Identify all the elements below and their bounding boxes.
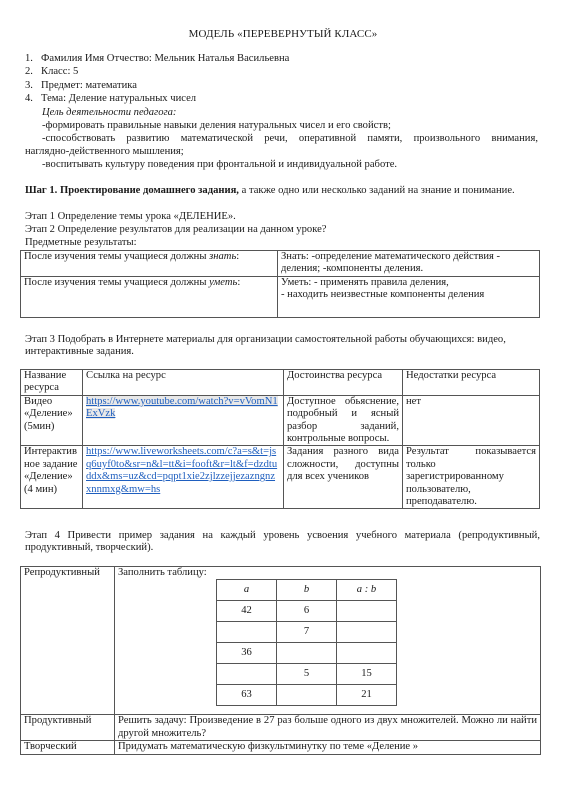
fill-table-row: 36 xyxy=(217,643,397,664)
header-link: Ссылка на ресурс xyxy=(83,370,284,396)
results-cell-know: После изучения темы учащиеся должны знат… xyxy=(21,251,278,277)
header-pros: Достоинства ресурса xyxy=(284,370,403,396)
table-row: Творческий Придумать математическую физк… xyxy=(21,741,541,754)
results-cell-know-value: Знать: -определение математического дейс… xyxy=(278,251,540,277)
resource-cons: нет xyxy=(403,395,540,446)
goal-title: Цель деятельности педагога: xyxy=(42,107,538,119)
resources-table: Название ресурса Ссылка на ресурс Достои… xyxy=(20,369,540,509)
goal-item: -способствовать развитию математической … xyxy=(42,133,538,145)
results-cell-can-value: Уметь: - применять правила деления,- нах… xyxy=(278,277,540,318)
stage3-text: Этап 3 Подобрать в Интернете материалы д… xyxy=(25,334,525,359)
stage1-text: Этап 1 Определение темы урока «ДЕЛЕНИЕ». xyxy=(25,211,236,223)
table-row: Продуктивный Решить задачу: Произведение… xyxy=(21,715,541,741)
fill-table-row: 5 15 xyxy=(217,664,397,685)
fill-table-row: 63 21 xyxy=(217,685,397,706)
resource-pros: Задания разного вида сложности, доступны… xyxy=(284,446,403,509)
fill-table-row: 42 6 xyxy=(217,601,397,622)
stage4-text: Этап 4 Привести пример задания на каждый… xyxy=(25,530,540,555)
goal-item-continued: наглядно-действенного мышления; xyxy=(25,146,184,158)
table-row: Видео «Деление» (5мин) https://www.youtu… xyxy=(21,395,540,446)
document-title: МОДЕЛЬ «ПЕРЕВЕРНУТЫЙ КЛАСС» xyxy=(0,28,566,40)
step1-heading: Шаг 1. Проектирование домашнего задания,… xyxy=(25,185,545,197)
table-row: После изучения темы учащиеся должны умет… xyxy=(21,277,540,318)
resource-link[interactable]: https://www.liveworksheets.com/c?a=s&t=j… xyxy=(86,446,277,494)
table-row: Интерактивное задание «Деление» (4 мин) … xyxy=(21,446,540,509)
stage2-text: Этап 2 Определение результатов для реали… xyxy=(25,224,326,236)
level-task: Решить задачу: Произведение в 27 раз бол… xyxy=(115,715,541,741)
fill-table: a b a : b 42 6 7 36 xyxy=(216,579,397,706)
resource-pros: Доступное обьяснение, подробный и ясный … xyxy=(284,395,403,446)
goal-item: -воспитывать культуру поведения при фрон… xyxy=(42,159,538,171)
info-item: 1.Фамилия Имя Отчество: Мельник Наталья … xyxy=(25,53,545,66)
level-label: Репродуктивный xyxy=(21,567,115,715)
resource-name: Видео «Деление» (5мин) xyxy=(21,395,83,446)
level-task-cell: Заполнить таблицу: a b a : b 42 6 7 xyxy=(115,567,541,715)
level-label: Продуктивный xyxy=(21,715,115,741)
level-task: Заполнить таблицу: xyxy=(118,567,537,579)
resource-link-cell: https://www.youtube.com/watch?v=vVomN1Ex… xyxy=(83,395,284,446)
results-cell-can: После изучения темы учащиеся должны умет… xyxy=(21,277,278,318)
resource-link-cell: https://www.liveworksheets.com/c?a=s&t=j… xyxy=(83,446,284,509)
header-name: Название ресурса xyxy=(21,370,83,396)
header-cons: Недостатки ресурса xyxy=(403,370,540,396)
results-table: После изучения темы учащиеся должны знат… xyxy=(20,250,540,318)
levels-table: Репродуктивный Заполнить таблицу: a b a … xyxy=(20,566,541,755)
resource-cons: Результат показывается только зарегистри… xyxy=(403,446,540,509)
table-header-row: Название ресурса Ссылка на ресурс Достои… xyxy=(21,370,540,396)
info-list: 1.Фамилия Имя Отчество: Мельник Наталья … xyxy=(25,53,545,106)
info-item: 4.Тема: Деление натуральных чисел xyxy=(25,93,545,106)
table-row: После изучения темы учащиеся должны знат… xyxy=(21,251,540,277)
info-item: 3.Предмет: математика xyxy=(25,80,545,93)
level-task: Придумать математическую физкультминутку… xyxy=(115,741,541,754)
fill-table-row: 7 xyxy=(217,622,397,643)
info-item: 2.Класс: 5 xyxy=(25,66,545,79)
resource-link[interactable]: https://www.youtube.com/watch?v=vVomN1Ex… xyxy=(86,396,278,419)
goal-item: -формировать правильные навыки деления н… xyxy=(42,120,538,132)
subject-results-label: Предметные результаты: xyxy=(25,237,137,249)
resource-name: Интерактивное задание «Деление» (4 мин) xyxy=(21,446,83,509)
table-row: Репродуктивный Заполнить таблицу: a b a … xyxy=(21,567,541,715)
fill-table-header: a b a : b xyxy=(217,580,397,601)
level-label: Творческий xyxy=(21,741,115,754)
